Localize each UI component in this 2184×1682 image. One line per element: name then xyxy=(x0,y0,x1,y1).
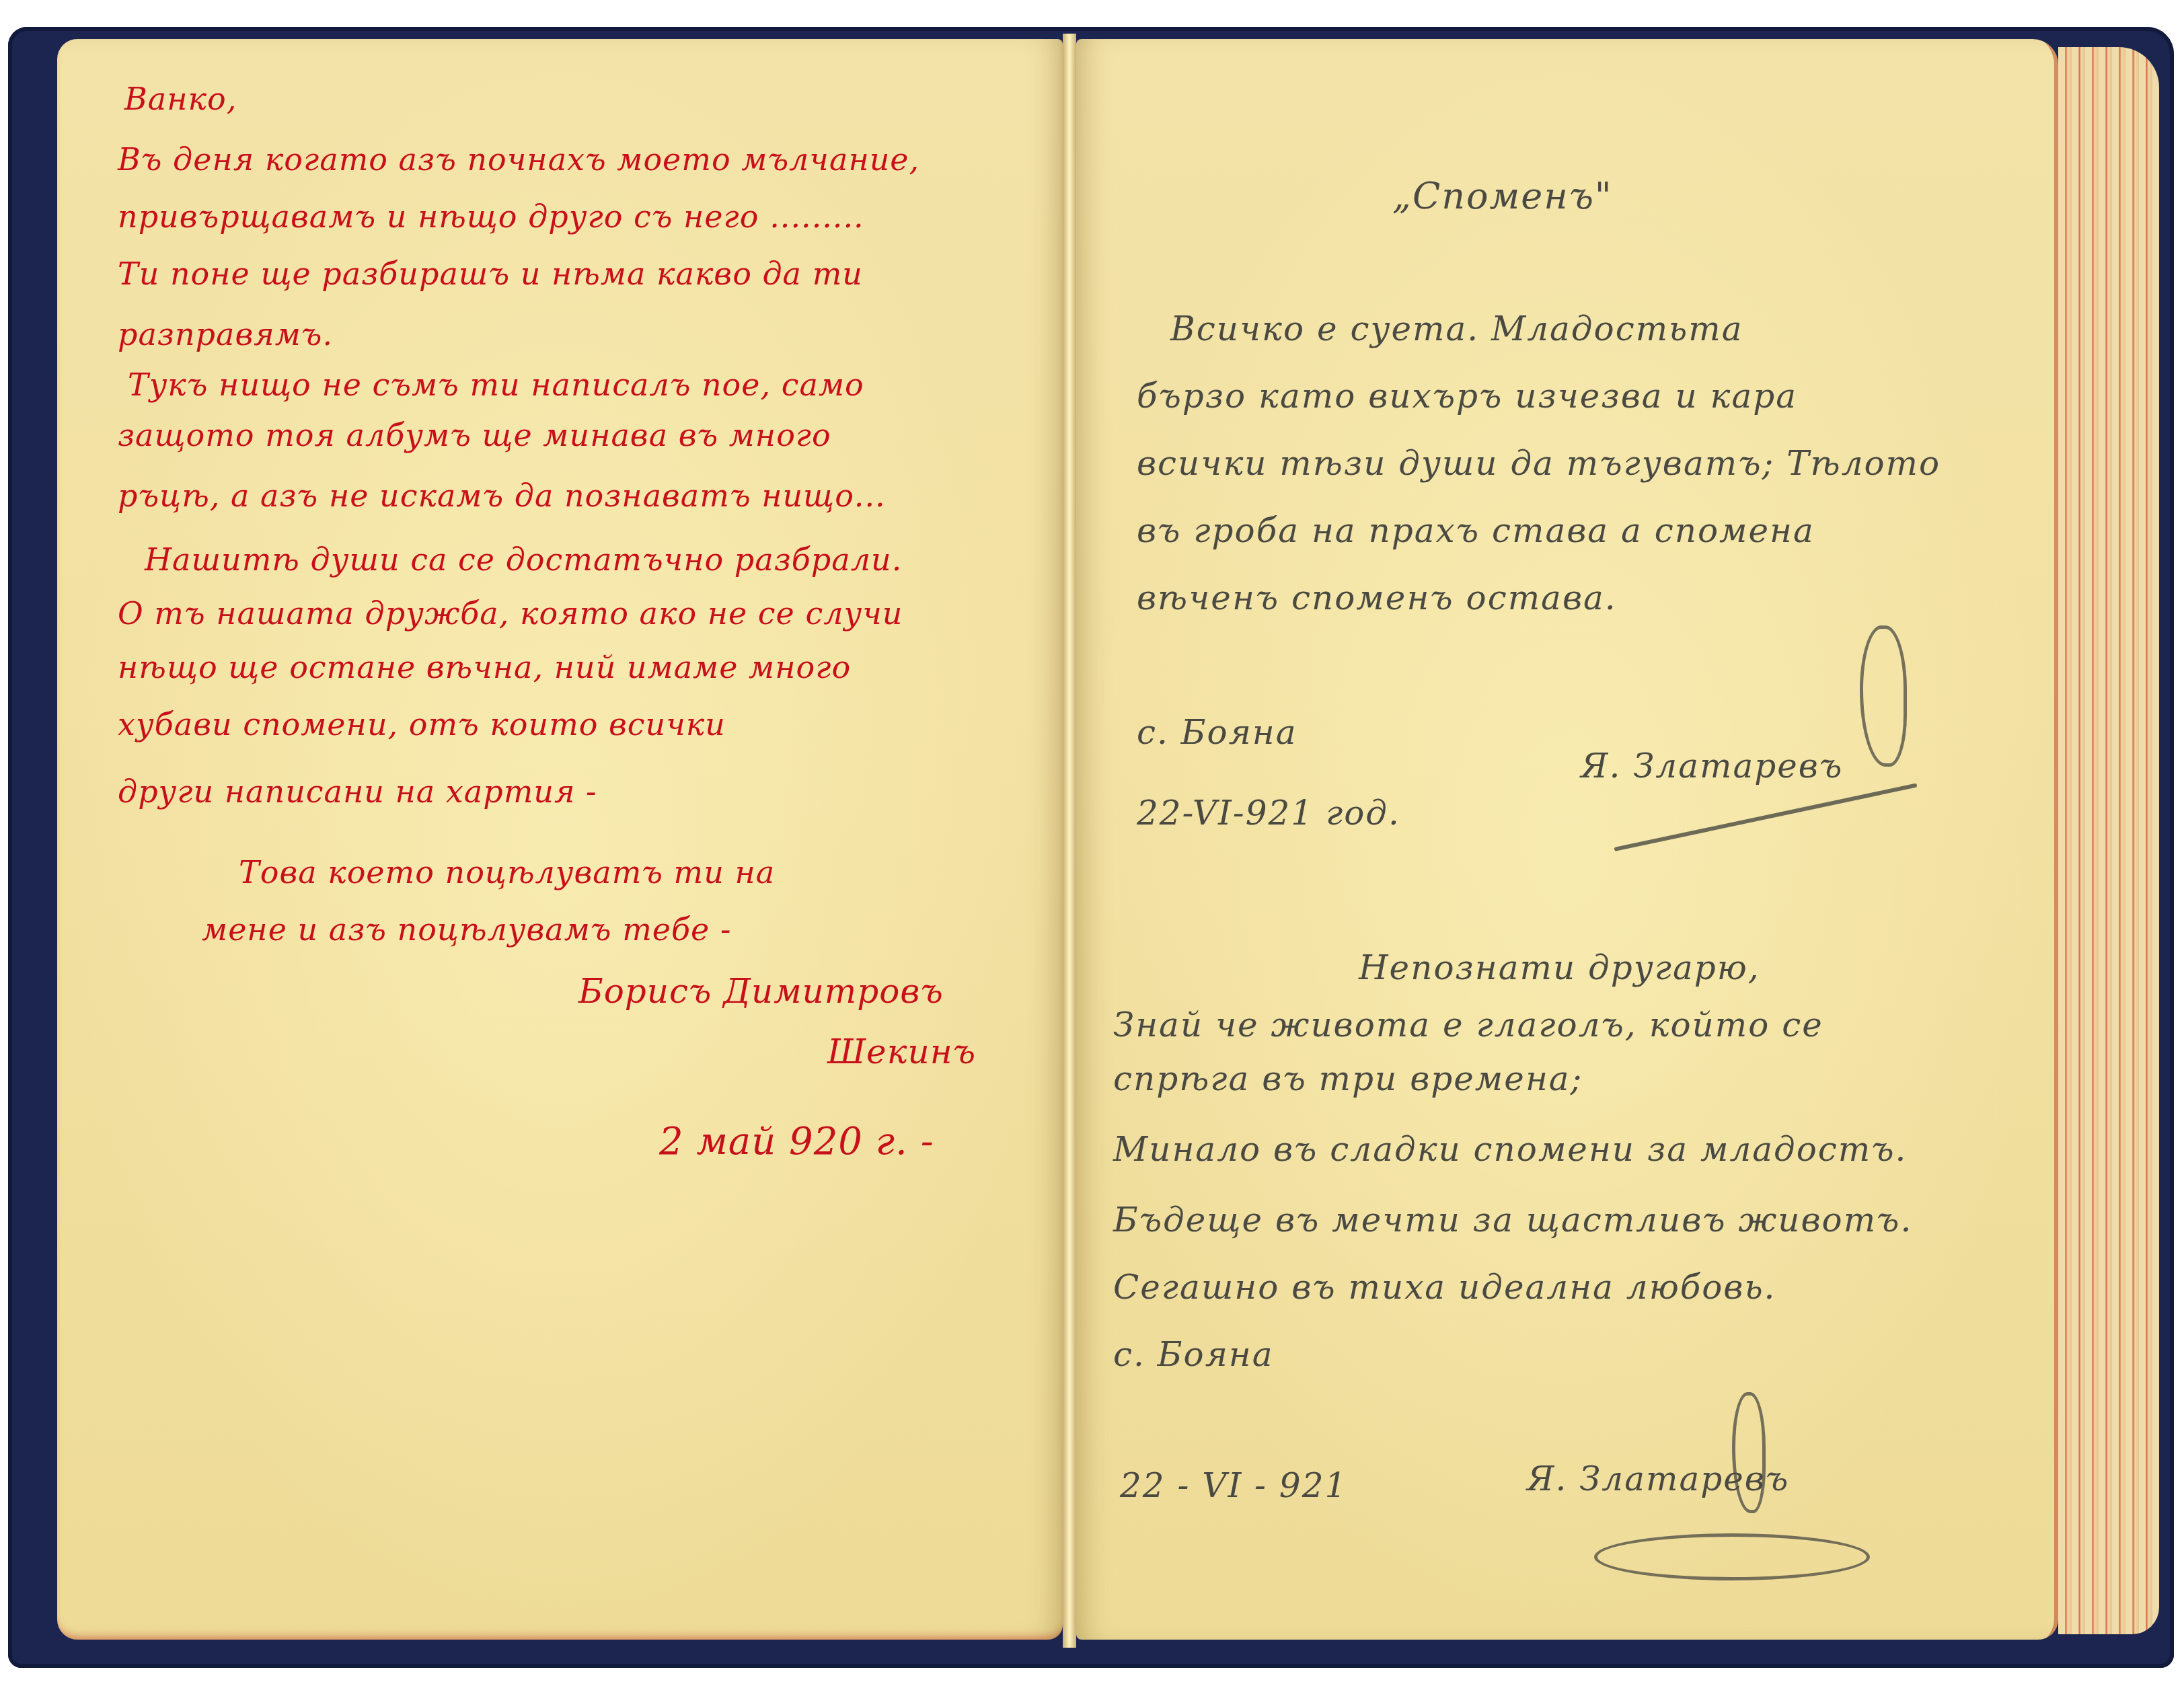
left-line: хубави спомени, отъ които всички xyxy=(118,706,726,742)
signature-flourish xyxy=(1732,1392,1766,1513)
left-line: мене и азъ поцѣлувамъ тебе - xyxy=(202,911,731,948)
entry2-line: Знай че живота е глаголъ, който се xyxy=(1113,1005,1823,1044)
greeting: Ванко, xyxy=(124,81,237,117)
left-line: О тъ нашата дружба, която ако не се случ… xyxy=(118,595,903,632)
entry1-line: въ гроба на прахъ става а спомена xyxy=(1137,511,1815,550)
entry2-date: 22 - VI - 921 xyxy=(1120,1466,1347,1505)
entry2-line: Минало въ сладки спомени за младостъ. xyxy=(1113,1130,1907,1169)
left-line: разправямъ. xyxy=(118,316,333,352)
page-edges xyxy=(2058,47,2159,1634)
left-line: ръцѣ, а азъ не искамъ да познаватъ нищо.… xyxy=(118,477,886,514)
left-line: нѣщо ще остане вѣчна, ний имаме много xyxy=(118,649,851,685)
entry2-line: Сегашно въ тиха идеална любовь. xyxy=(1113,1268,1776,1307)
entry2-line: Бъдеще въ мечти за щастливъ животъ. xyxy=(1113,1200,1912,1239)
left-line: Нашитѣ души са се достатъчно разбрали. xyxy=(145,541,902,578)
signature-surname: Шекинъ xyxy=(827,1032,976,1071)
entry2-line: спрѣга въ три времена; xyxy=(1113,1059,1583,1098)
entry1-place: с. Бояна xyxy=(1137,713,1297,752)
entry1-line: бързо като вихъръ изчезва и кара xyxy=(1137,377,1797,416)
left-line: Ти поне ще разбирашъ и нѣма какво да ти xyxy=(118,256,863,292)
entry1-title: „Споменъ" xyxy=(1392,175,1613,217)
left-line: привърщавамъ и нѣщо друго съ него ......… xyxy=(118,198,864,235)
entry1-line: всички тѣзи души да тъгуватъ; Тѣлото xyxy=(1137,444,1941,483)
entry1-date: 22-VI-921 год. xyxy=(1137,794,1400,833)
left-line: защото тоя албумъ щe минава въ много xyxy=(118,417,831,453)
left-date: 2 май 920 г. - xyxy=(659,1120,934,1163)
entry1-line: Всичко е суета. Младостьта xyxy=(1170,309,1743,348)
entry2-place: с. Бояна xyxy=(1113,1335,1274,1374)
left-line: Тукъ нищо не съмъ ти написалъ пое, само xyxy=(128,367,864,403)
book-spine xyxy=(1063,34,1076,1648)
entry1-signature: Я. Златаревъ xyxy=(1581,747,1843,786)
left-line: други написани на хартия - xyxy=(118,773,597,810)
entry2-title: Непознати другарю, xyxy=(1359,948,1760,987)
signature-loop xyxy=(1594,1533,1870,1580)
left-line: Това което поцѣлуватъ ти на xyxy=(239,854,775,890)
signature-name: Борисъ Димитровъ xyxy=(578,972,944,1011)
entry1-line: вѣченъ споменъ остава. xyxy=(1137,578,1617,617)
right-page xyxy=(1076,39,2058,1640)
left-line: Въ деня когато азъ почнахъ моето мълчани… xyxy=(118,141,919,178)
